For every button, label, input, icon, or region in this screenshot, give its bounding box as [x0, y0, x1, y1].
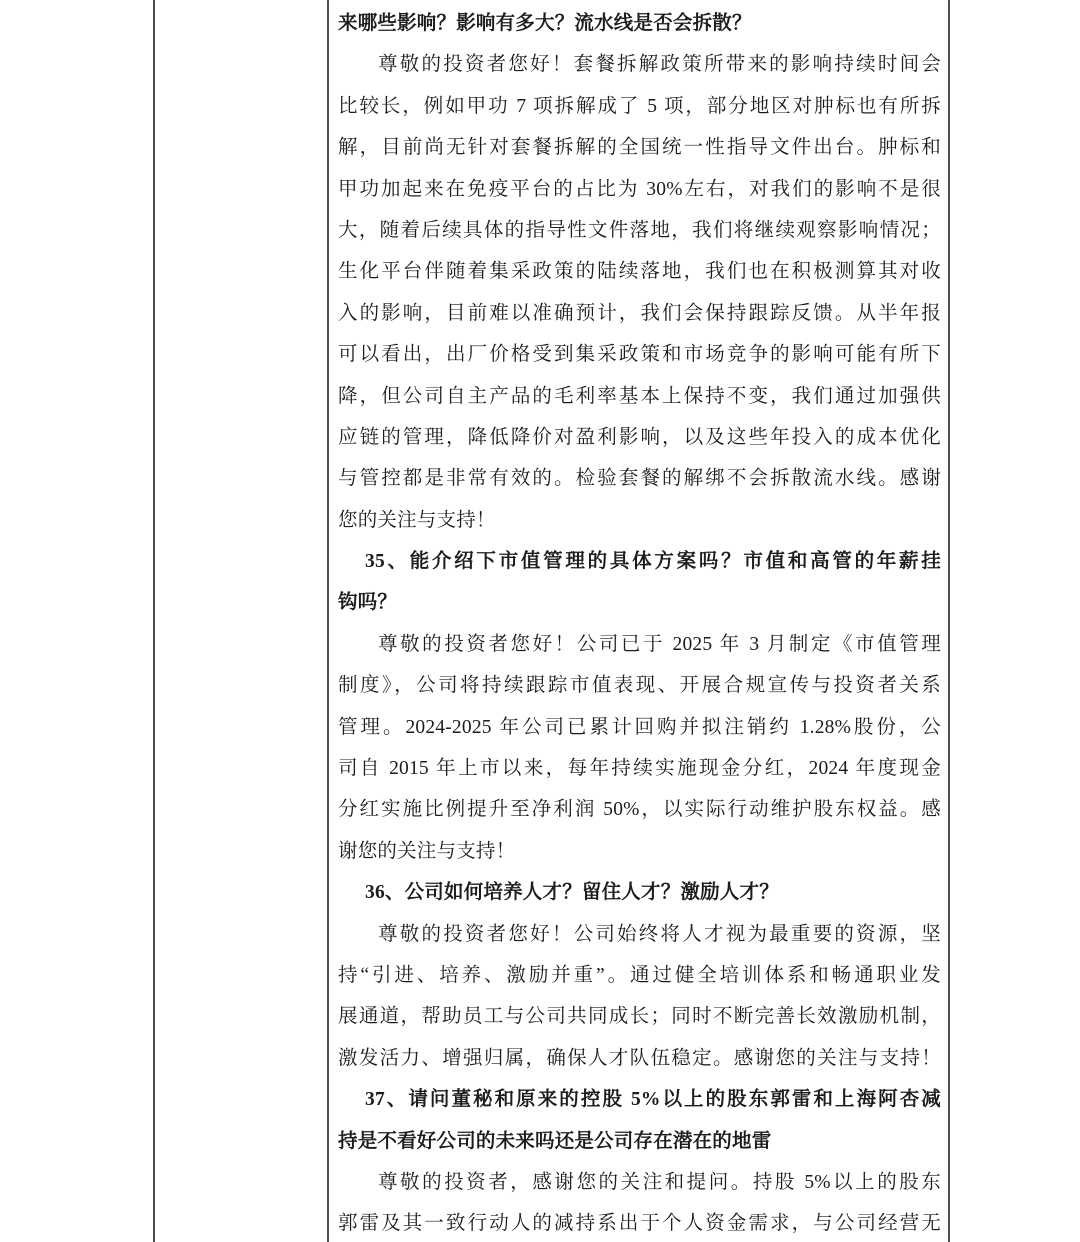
- answer-text-line: 尊敬的投资者您好！公司已于 2025 年 3 月制定《市值管理: [338, 624, 941, 665]
- answer-text-line: 甲功加起来在免疫平台的占比为 30%左右，对我们的影响不是很: [338, 169, 941, 210]
- answer-text-line: 分红实施比例提升至净利润 50%，以实际行动维护股东权益。感: [338, 789, 941, 830]
- empty-table-cell: [155, 0, 325, 1242]
- answer-text-line: 入的影响，目前难以准确预计，我们会保持跟踪反馈。从半年报: [338, 293, 941, 334]
- question-text-line: 35、能介绍下市值管理的具体方案吗？市值和高管的年薪挂: [338, 541, 941, 582]
- question-text-line: 持是不看好公司的未来吗还是公司存在潜在的地雷: [338, 1121, 941, 1162]
- answer-text-line: 谢您的关注与支持！: [338, 831, 941, 872]
- question-text-line: 来哪些影响？影响有多大？流水线是否会拆散？: [338, 3, 941, 44]
- answer-text-line: 解，目前尚无针对套餐拆解的全国统一性指导文件出台。肿标和: [338, 127, 941, 168]
- answer-text-line: 尊敬的投资者您好！公司始终将人才视为最重要的资源，坚: [338, 914, 941, 955]
- answer-text-line: 激发活力、增强归属，确保人才队伍稳定。感谢您的关注与支持！: [338, 1038, 941, 1079]
- answer-text-line: 可以看出，出厂价格受到集采政策和市场竞争的影响可能有所下: [338, 334, 941, 375]
- answer-text-line: 降，但公司自主产品的毛利率基本上保持不变，我们通过加强供: [338, 376, 941, 417]
- answer-text-line: 生化平台伴随着集采政策的陆续落地，我们也在积极测算其对收: [338, 251, 941, 292]
- answer-text-line: 比较长，例如甲功 7 项拆解成了 5 项，部分地区对肿标也有所拆: [338, 86, 941, 127]
- answer-text-line: 尊敬的投资者您好！套餐拆解政策所带来的影响持续时间会: [338, 44, 941, 85]
- answer-text-line: 制度》，公司将持续跟踪市值表现、开展合规宣传与投资者关系: [338, 665, 941, 706]
- answer-text-line: 与管控都是非常有效的。检验套餐的解绑不会拆散流水线。感谢: [338, 458, 941, 499]
- answer-text-line: 郭雷及其一致行动人的减持系出于个人资金需求，与公司经营无: [338, 1203, 941, 1242]
- answer-text-line: 持“引进、培养、激励并重”。通过健全培训体系和畅通职业发: [338, 955, 941, 996]
- answer-text-line: 管理。2024-2025 年公司已累计回购并拟注销约 1.28%股份，公: [338, 707, 941, 748]
- answer-text-line: 应链的管理，降低降价对盈利影响，以及这些年投入的成本优化: [338, 417, 941, 458]
- table-cell-border-middle: [327, 0, 329, 1242]
- qa-text-block: 来哪些影响？影响有多大？流水线是否会拆散？尊敬的投资者您好！套餐拆解政策所带来的…: [338, 3, 941, 1242]
- answer-text-line: 尊敬的投资者，感谢您的关注和提问。持股 5%以上的股东: [338, 1162, 941, 1203]
- answer-text-line: 您的关注与支持！: [338, 500, 941, 541]
- question-text-line: 37、请问董秘和原来的控股 5%以上的股东郭雷和上海阿杏减: [338, 1079, 941, 1120]
- answer-text-line: 司自 2015 年上市以来，每年持续实施现金分红，2024 年度现金: [338, 748, 941, 789]
- answer-text-line: 展通道，帮助员工与公司共同成长；同时不断完善长效激励机制，: [338, 996, 941, 1037]
- question-text-line: 36、公司如何培养人才？留住人才？激励人才？: [338, 872, 941, 913]
- table-cell-border-right: [948, 0, 950, 1242]
- answer-text-line: 大，随着后续具体的指导性文件落地，我们将继续观察影响情况；: [338, 210, 941, 251]
- question-text-line: 钩吗？: [338, 582, 941, 623]
- document-page: 来哪些影响？影响有多大？流水线是否会拆散？尊敬的投资者您好！套餐拆解政策所带来的…: [0, 0, 1080, 1242]
